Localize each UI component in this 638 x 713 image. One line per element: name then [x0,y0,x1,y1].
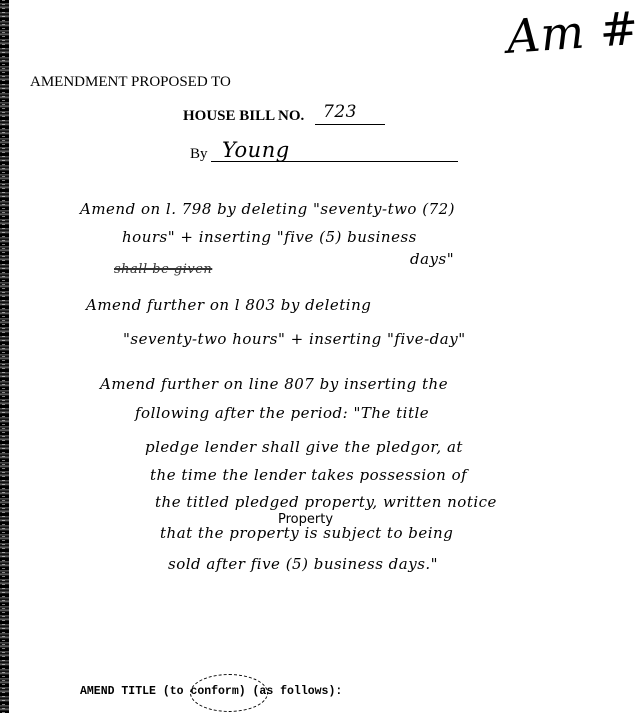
handwritten-line: pledge lender shall give the pledgor, at [145,438,463,456]
bill-label: HOUSE BILL NO. [183,108,304,125]
sponsor-name: Young [222,138,290,162]
handwritten-line: days" [410,250,454,268]
by-label: By [190,146,208,163]
circle-annotation [190,674,268,712]
handwritten-line: that the property is subject to being [160,524,453,542]
handwritten-line: Amend on l. 798 by deleting "seventy-two… [80,200,455,218]
struck-text: shall be given [114,262,212,277]
handwritten-line: the titled pledged property, written not… [155,493,497,511]
handwritten-line: following after the period: "The title [135,404,429,422]
handwritten-line: sold after five (5) business days." [168,555,438,573]
amendment-page: Am #3 AMENDMENT PROPOSED TO HOUSE BILL N… [0,0,638,713]
handwritten-line: Amend further on line 807 by inserting t… [100,375,448,393]
scan-edge-noise [0,0,9,713]
handwritten-line: "seventy-two hours" + inserting "five-da… [123,330,466,348]
bill-number-line [315,124,385,125]
document-heading: AMENDMENT PROPOSED TO [30,74,231,91]
amendment-number-annotation: Am #3 [505,0,638,64]
handwritten-line: the time the lender takes possession of [150,466,467,484]
handwritten-line: Amend further on l 803 by deleting [86,296,371,314]
handwritten-line: hours" + inserting "five (5) business [122,228,417,246]
bill-number: 723 [323,102,357,122]
